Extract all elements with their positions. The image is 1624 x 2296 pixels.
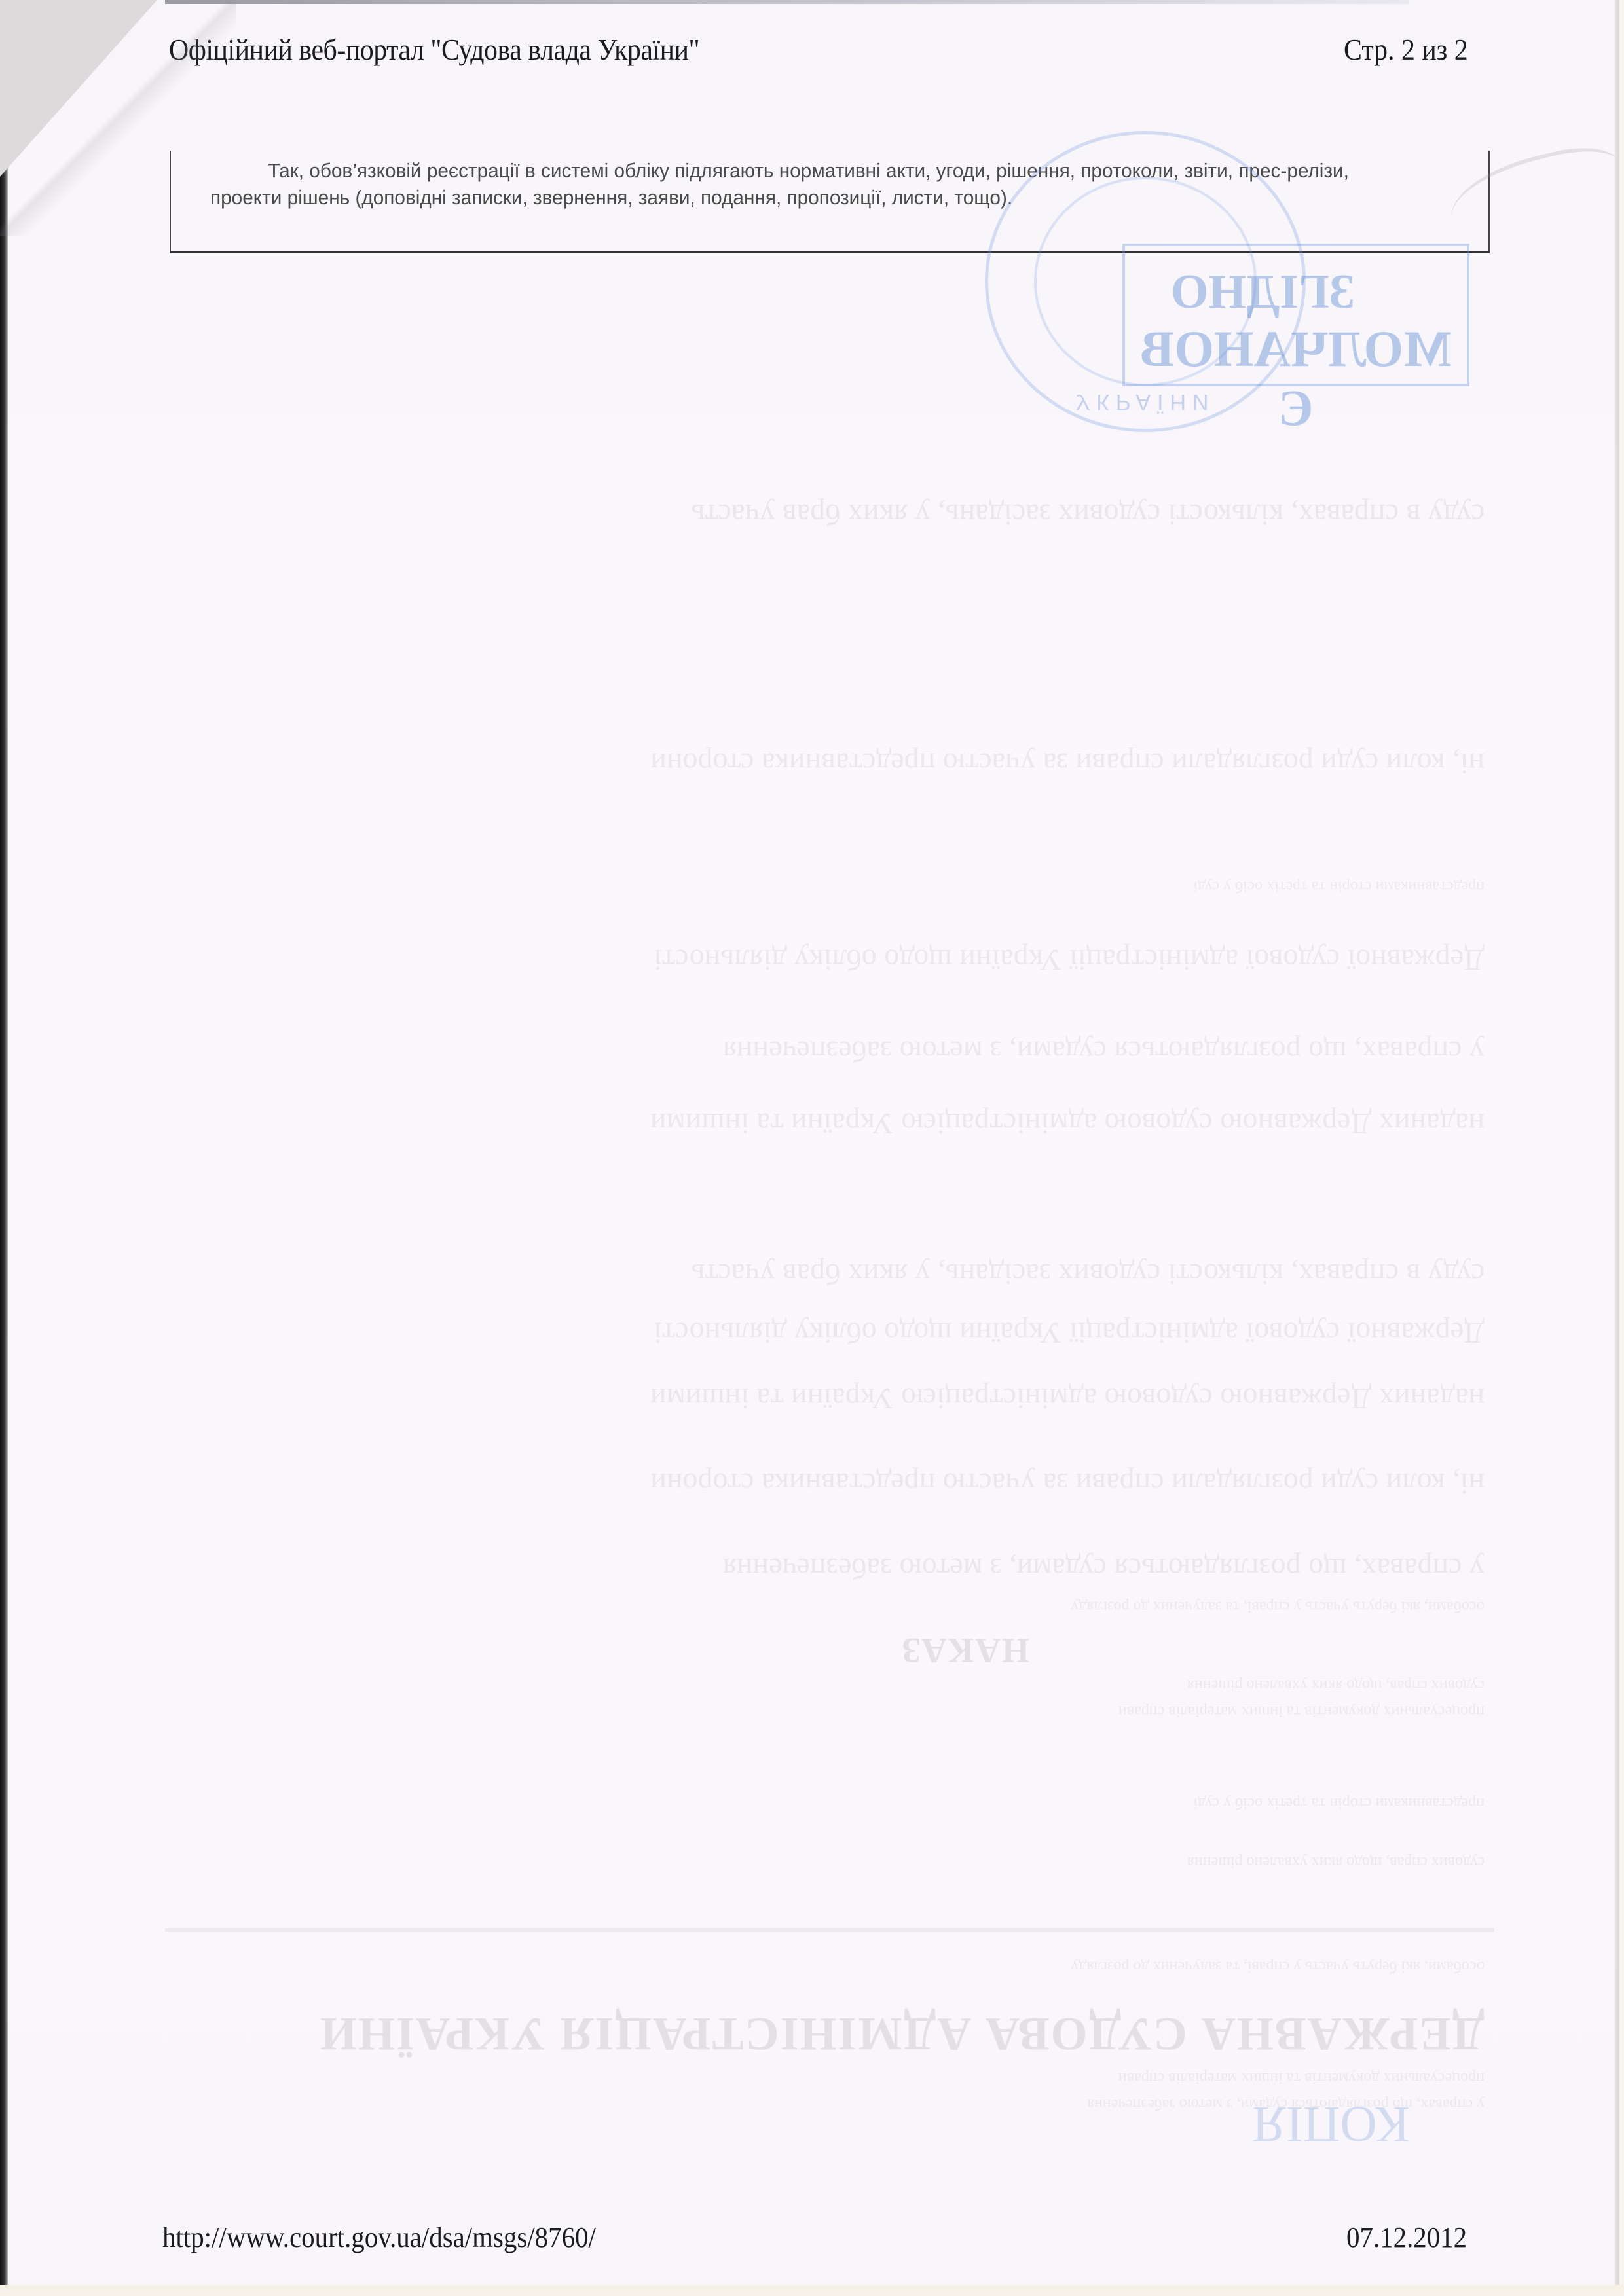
scan-top-edge <box>165 0 1409 4</box>
bleed-line: процесуальних документів та інших матері… <box>168 2069 1485 2086</box>
stamp-line-2: МОЛЧАНОВ Є <box>1125 319 1467 437</box>
certification-stamp: ЗГІДНО МОЛЧАНОВ Є <box>1122 244 1469 386</box>
bleed-line: судових справ, щодо яких ухвалено рішенн… <box>168 1676 1485 1694</box>
bleed-line: Державної судової адміністрації України … <box>168 1316 1485 1351</box>
document-page: суду в справах, кількості судових засіда… <box>8 0 1619 2285</box>
bleed-line: суду в справах, кількості судових засіда… <box>168 1257 1485 1292</box>
bleed-line: Державної судової адміністрації України … <box>168 943 1485 977</box>
stamp-line-1: ЗГІДНО <box>1125 264 1467 320</box>
bleed-line: представниками сторін та третіх осіб у с… <box>168 877 1485 895</box>
print-date: 07.12.2012 <box>1346 2221 1467 2254</box>
page-indicator: Стр. 2 из 2 <box>1344 33 1468 67</box>
bleed-divider <box>165 1928 1494 1932</box>
bleed-line: суду в справах, кількості судових засіда… <box>168 498 1485 532</box>
bleed-line: у справах, що розглядаються судами, з ме… <box>168 1552 1485 1586</box>
bleed-line: наданих Державною судовою адміністрацією… <box>168 1381 1485 1416</box>
scan-bottom-strip <box>0 2285 1624 2296</box>
bleed-copy-mark: КОПІЯ <box>1252 2095 1410 2154</box>
bleed-line: представниками сторін та третіх осіб у с… <box>168 1794 1485 1812</box>
bleed-line: особами, які беруть участь у справі, та … <box>168 1597 1485 1615</box>
bleed-doc-type: НАКАЗ <box>728 1630 1029 1671</box>
bleed-line: особами, які беруть участь у справі, та … <box>168 1958 1485 1975</box>
site-title: Офіційний веб-портал "Судова влада Украї… <box>169 33 699 67</box>
bleed-line: процесуальних документів та інших матері… <box>168 1702 1485 1720</box>
bleed-line: ні, коли суди розглядали справи за участ… <box>168 1467 1485 1501</box>
page-right-edge <box>1615 0 1619 2285</box>
scan-edge <box>0 0 8 2285</box>
bleed-line: наданих Державною судовою адміністрацією… <box>168 1106 1485 1141</box>
source-url[interactable]: http://www.court.gov.ua/dsa/msgs/8760/ <box>162 2221 596 2254</box>
bleed-line: у справах, що розглядаються судами, з ме… <box>168 1034 1485 1069</box>
bleed-line: судових справ, щодо яких ухвалено рішенн… <box>168 1853 1485 1870</box>
folded-corner <box>0 0 157 177</box>
bleed-line: ні, коли суди розглядали справи за участ… <box>168 746 1485 781</box>
bleed-title: ДЕРЖАВНА СУДОВА АДМІНІСТРАЦІЯ УКРАЇНИ <box>168 2007 1485 2061</box>
